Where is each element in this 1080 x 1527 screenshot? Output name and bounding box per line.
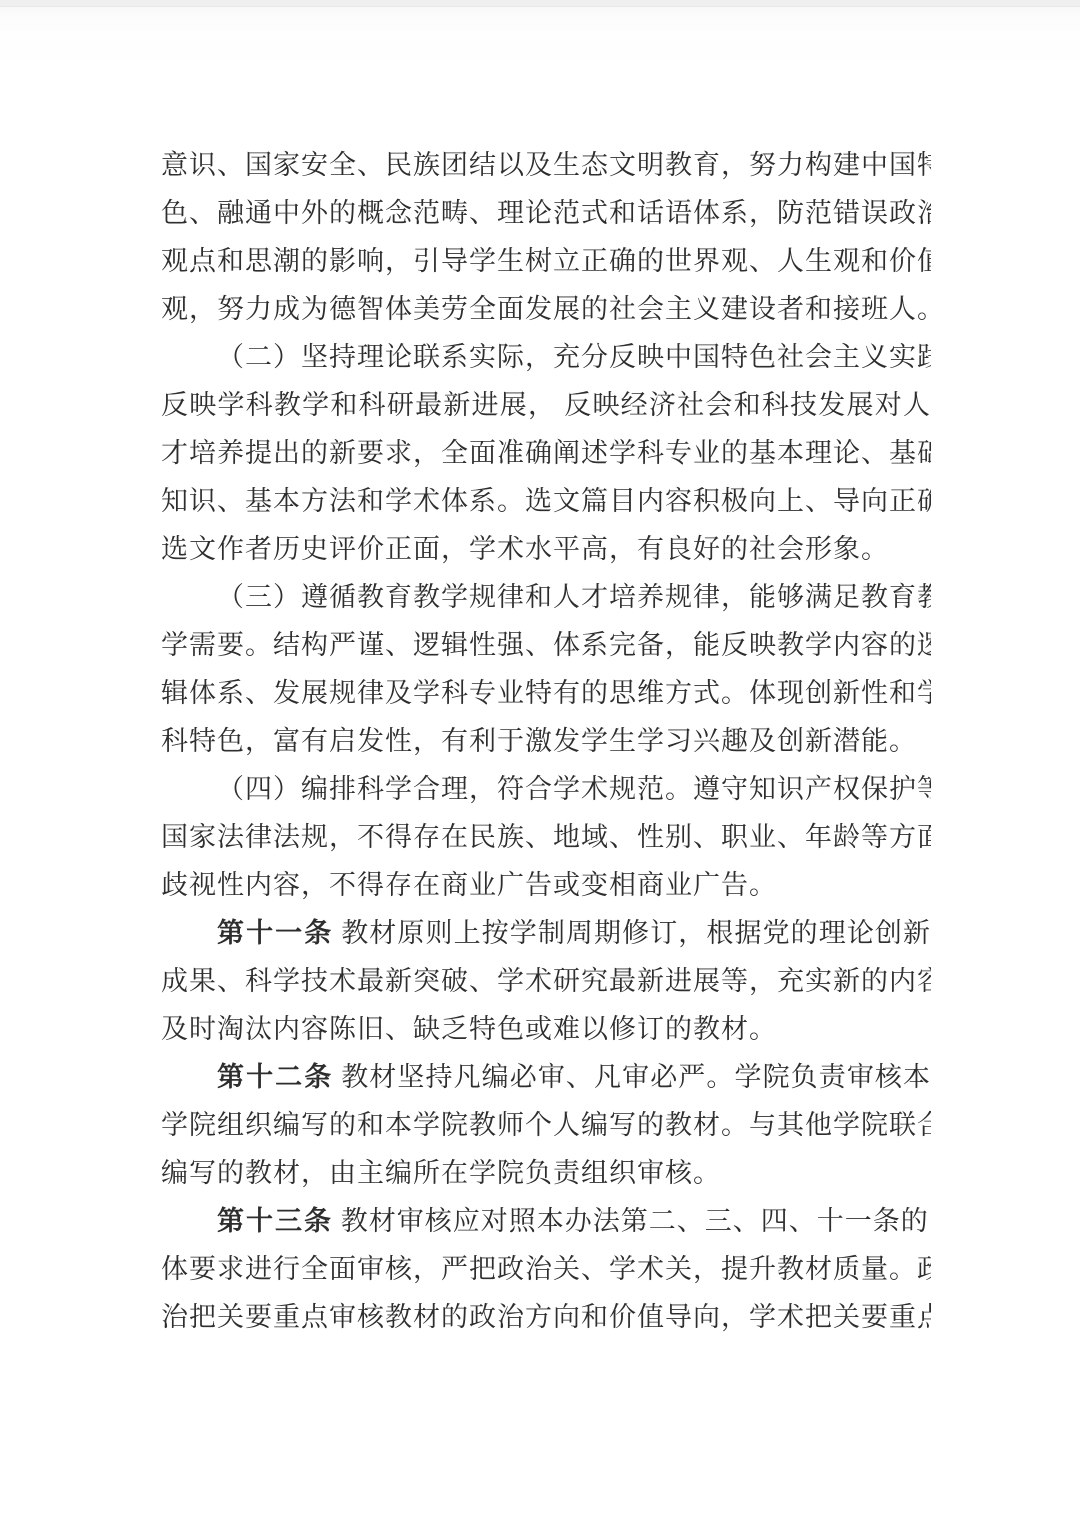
document-page: 意识、国家安全、民族团结以及生态文明教育，努力构建中国特色、融通中外的概念范畴、…	[0, 0, 1080, 1527]
text-line: （三）遵循教育教学规律和人才培养规律，能够满足教育教	[161, 573, 931, 621]
text-line: 治把关要重点审核教材的政治方向和价值导向，学术把关要重点	[161, 1293, 931, 1341]
line-text: 教材审核应对照本办法第二、三、四、十一条的 具	[333, 1206, 931, 1236]
text-line: 色、融通中外的概念范畴、理论范式和话语体系，防范错误政治	[161, 189, 931, 237]
article-number: 第十三条	[217, 1206, 333, 1236]
text-line: 编写的教材，由主编所在学院负责组织审核。	[161, 1149, 931, 1197]
paragraph-article-11: 第十一条 教材原则上按学制周期修订，根据党的理论创新成果、科学技术最新突破、学术…	[161, 909, 931, 1053]
text-line: 学需要。结构严谨、逻辑性强、体系完备，能反映教学内容的逻	[161, 621, 931, 669]
paragraph-article-12: 第十二条 教材坚持凡编必审、凡审必严。学院负责审核本学院组织编写的和本学院教师个…	[161, 1053, 931, 1197]
paragraph-item-4: （四）编排科学合理，符合学术规范。遵守知识产权保护等国家法律法规，不得存在民族、…	[161, 765, 931, 909]
paragraph-item-3: （三）遵循教育教学规律和人才培养规律，能够满足教育教学需要。结构严谨、逻辑性强、…	[161, 573, 931, 765]
text-line: 观点和思潮的影响，引导学生树立正确的世界观、人生观和价值	[161, 237, 931, 285]
line-text: 教材原则上按学制周期修订，根据党的理论创新	[333, 918, 931, 948]
paragraph-item-2: （二）坚持理论联系实际，充分反映中国特色社会主义实践，反映学科教学和科研最新进展…	[161, 333, 931, 573]
text-line: （二）坚持理论联系实际，充分反映中国特色社会主义实践，	[161, 333, 931, 381]
text-line: 观，努力成为德智体美劳全面发展的社会主义建设者和接班人。	[161, 285, 931, 333]
paragraph-continuation: 意识、国家安全、民族团结以及生态文明教育，努力构建中国特色、融通中外的概念范畴、…	[161, 141, 931, 333]
line-text: 教材坚持凡编必审、凡审必严。学院负责审核本	[333, 1062, 931, 1092]
document-text-block: 意识、国家安全、民族团结以及生态文明教育，努力构建中国特色、融通中外的概念范畴、…	[161, 141, 931, 1341]
text-line: 第十二条 教材坚持凡编必审、凡审必严。学院负责审核本	[161, 1053, 931, 1101]
text-line: 国家法律法规，不得存在民族、地域、性别、职业、年龄等方面	[161, 813, 931, 861]
text-line: 才培养提出的新要求，全面准确阐述学科专业的基本理论、基础	[161, 429, 931, 477]
text-line: 第十三条 教材审核应对照本办法第二、三、四、十一条的 具	[161, 1197, 931, 1245]
text-line: 体要求进行全面审核，严把政治关、学术关，提升教材质量。政	[161, 1245, 931, 1293]
text-line: 学院组织编写的和本学院教师个人编写的教材。与其他学院联合	[161, 1101, 931, 1149]
text-line: 成果、科学技术最新突破、学术研究最新进展等，充实新的内容；	[161, 957, 931, 1005]
text-line: （四）编排科学合理，符合学术规范。遵守知识产权保护等	[161, 765, 931, 813]
text-line: 歧视性内容，不得存在商业广告或变相商业广告。	[161, 861, 931, 909]
text-line: 及时淘汰内容陈旧、缺乏特色或难以修订的教材。	[161, 1005, 931, 1053]
text-line: 反映学科教学和科研最新进展， 反映经济社会和科技发展对人	[161, 381, 931, 429]
text-line: 知识、基本方法和学术体系。选文篇目内容积极向上、导向正确，	[161, 477, 931, 525]
text-line: 选文作者历史评价正面，学术水平高，有良好的社会形象。	[161, 525, 931, 573]
text-line: 科特色，富有启发性，有利于激发学生学习兴趣及创新潜能。	[161, 717, 931, 765]
text-line: 意识、国家安全、民族团结以及生态文明教育，努力构建中国特	[161, 141, 931, 189]
text-line: 第十一条 教材原则上按学制周期修订，根据党的理论创新	[161, 909, 931, 957]
text-line: 辑体系、发展规律及学科专业特有的思维方式。体现创新性和学	[161, 669, 931, 717]
page-top-edge	[0, 0, 1080, 7]
paragraph-article-13: 第十三条 教材审核应对照本办法第二、三、四、十一条的 具体要求进行全面审核，严把…	[161, 1197, 931, 1341]
article-number: 第十一条	[217, 918, 333, 948]
article-number: 第十二条	[217, 1062, 333, 1092]
